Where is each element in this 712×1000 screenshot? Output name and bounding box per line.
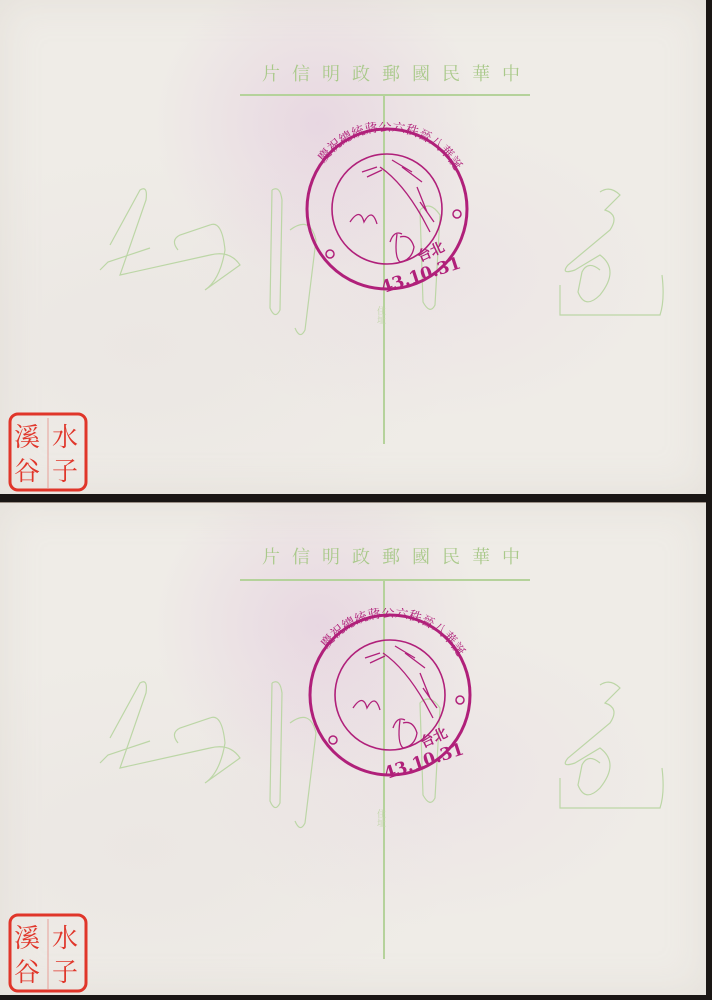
seal-char-2: 子 [52,958,78,988]
red-artist-seal: 水 子 溪 谷 [6,410,90,494]
plum-blossom-icon [329,736,337,744]
seal-char-1: 水 [52,423,78,453]
card-header: 中華民國郵政明信片 [262,543,532,569]
postal-card-bottom: 中華民國郵政明信片 住址 慶祝總統蔣公六秩晉八華誕 台北 43.1 [0,502,706,995]
seal-char-3: 溪 [14,924,40,954]
plum-blossom-icon [326,250,334,258]
plum-blossom-icon [453,210,461,218]
header-rule [240,94,530,96]
svg-text:慶祝總統蔣公六秩晉八華誕: 慶祝總統蔣公六秩晉八華誕 [318,608,467,659]
red-artist-seal: 水 子 溪 谷 [6,911,90,995]
seal-char-1: 水 [52,924,78,954]
seal-char-3: 溪 [14,423,40,453]
card-header: 中華民國郵政明信片 [262,60,532,86]
commemorative-postmark: 慶祝總統蔣公六秩晉八華誕 台北 43.10.31 [302,122,472,297]
address-label: 住址 [374,809,387,827]
postmark-ring-text: 慶祝總統蔣公六秩晉八華誕 [318,608,467,659]
svg-text:慶祝總統蔣公六秩晉八華誕: 慶祝總統蔣公六秩晉八華誕 [315,122,464,173]
postal-card-top: 中華民國郵政明信片 住址 慶祝總統蔣公六秩晉八華誕 台北 43.1 [0,0,706,494]
seal-char-4: 谷 [14,457,40,487]
commemorative-postmark: 慶祝總統蔣公六秩晉八華誕 台北 43.10.31 [305,608,475,783]
pine-and-crane-icon [353,646,437,748]
seal-char-4: 谷 [14,958,40,988]
pine-and-crane-icon [350,160,434,262]
address-label: 住址 [374,306,387,324]
seal-char-2: 子 [52,457,78,487]
postmark-ring-text: 慶祝總統蔣公六秩晉八華誕 [315,122,464,173]
header-rule [240,579,530,581]
plum-blossom-icon [456,696,464,704]
